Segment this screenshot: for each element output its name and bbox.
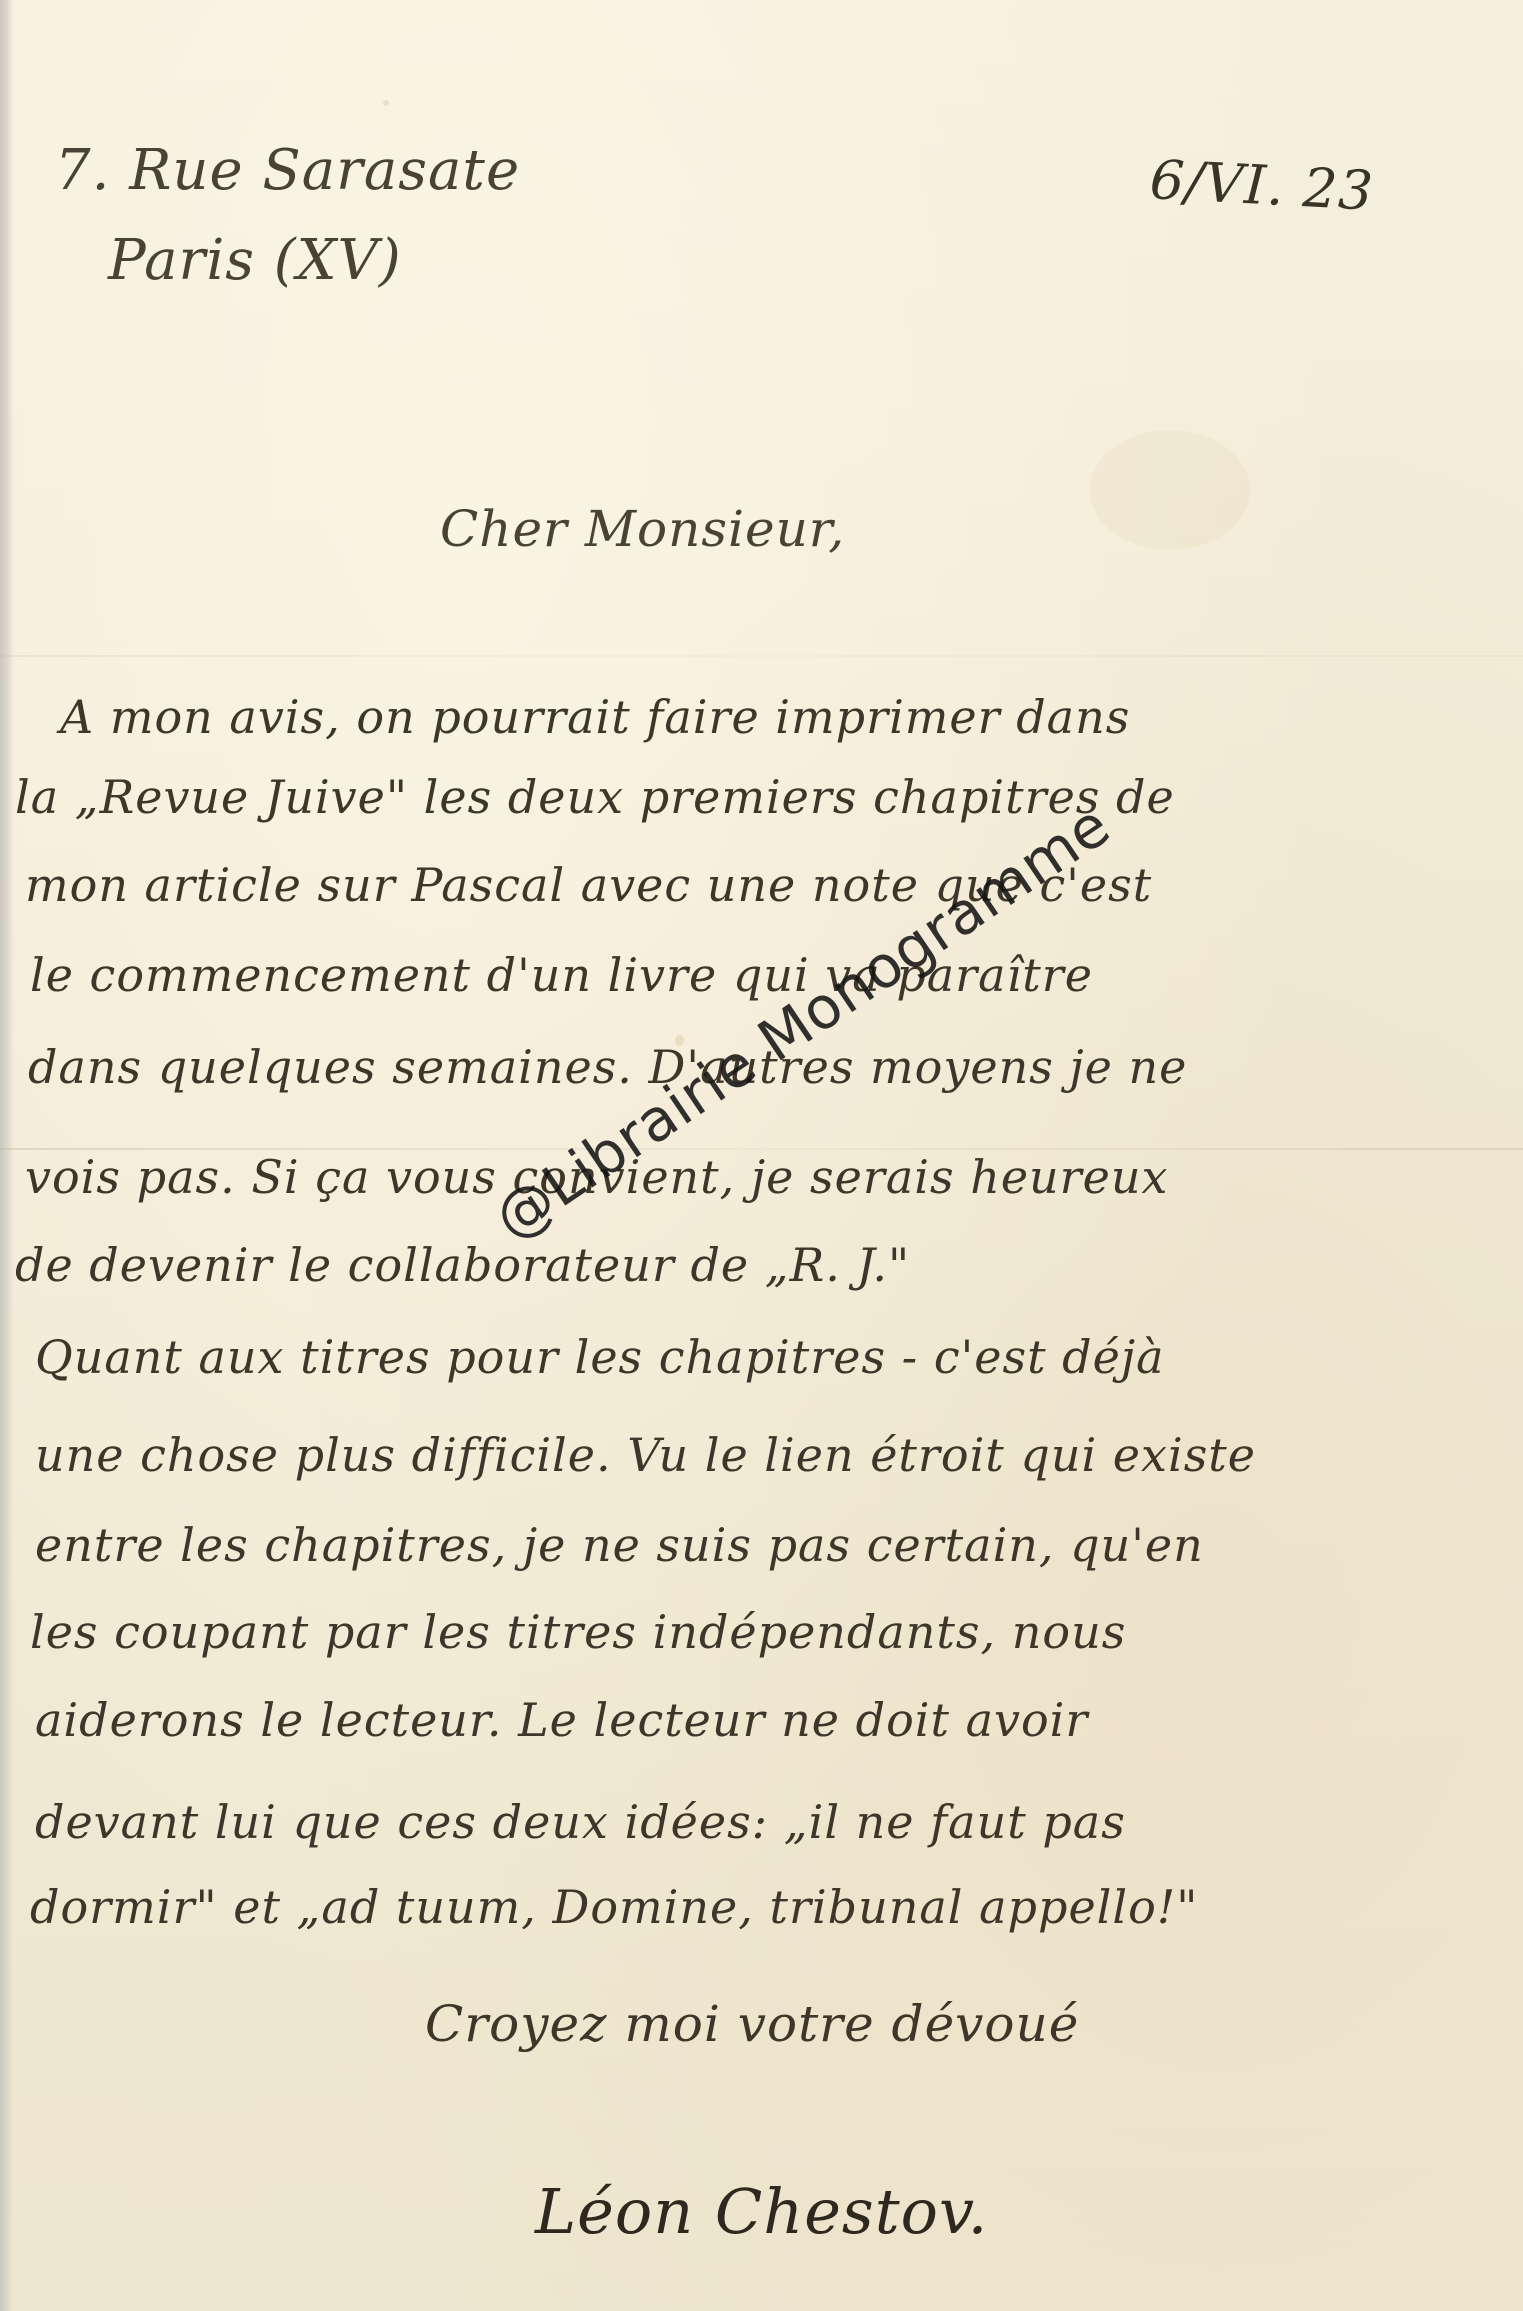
body-line: Quant aux titres pour les chapitres - c'… [35,1330,1165,1384]
closing-line: Croyez moi votre dévoué [425,1995,1079,2053]
body-line: une chose plus difficile. Vu le lien étr… [35,1428,1256,1482]
address-line-2: Paris (XV) [108,228,402,293]
paper-stain [383,100,389,106]
letter-date: 6/VI. 23 [1148,148,1375,223]
paper-fold-line [0,655,1523,657]
address-line-1: 7. Rue Sarasate [55,138,520,203]
body-line: dans quelques semaines. D'autres moyens … [28,1040,1187,1094]
salutation: Cher Monsieur, [440,500,845,558]
body-line: entre les chapitres, je ne suis pas cert… [35,1518,1204,1572]
body-line: aiderons le lecteur. Le lecteur ne doit … [35,1693,1088,1747]
paper-left-edge [0,0,14,2311]
body-line: de devenir le collaborateur de „R. J." [15,1238,910,1292]
body-line: les coupant par les titres indépendants,… [30,1605,1126,1659]
body-line: la „Revue Juive" les deux premiers chapi… [15,770,1175,824]
signature: Léon Chestov. [535,2175,988,2248]
paper-stain [1090,430,1250,550]
body-line: dormir" et „ad tuum, Domine, tribunal ap… [30,1880,1198,1934]
body-line: A mon avis, on pourrait faire imprimer d… [60,690,1130,744]
body-line: devant lui que ces deux idées: „il ne fa… [35,1795,1126,1849]
